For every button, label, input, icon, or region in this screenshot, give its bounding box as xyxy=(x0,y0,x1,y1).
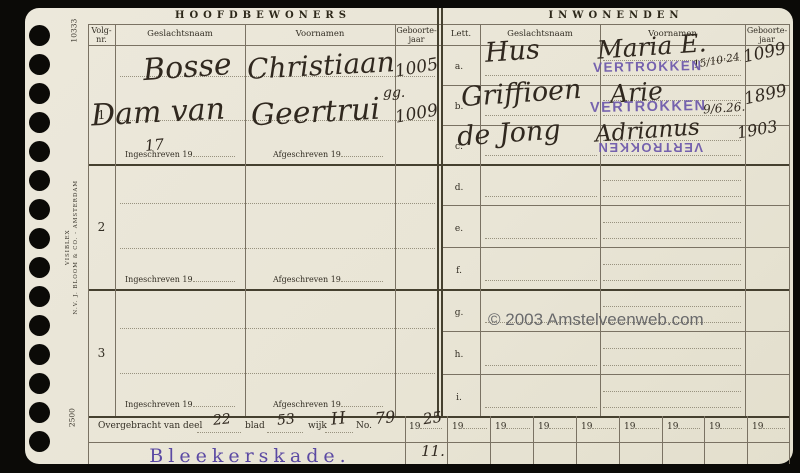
writing-line xyxy=(485,238,597,239)
rule xyxy=(88,24,790,25)
writing-line xyxy=(603,238,741,239)
punch-hole xyxy=(29,83,50,104)
vertrokken-stamp-a: VERTROKKEN xyxy=(593,59,703,74)
ingeschreven-label-1: Ingeschreven 19 xyxy=(125,149,235,159)
register-card: 10333 VISIBLEX N.V. J. BLOOM & CO. - AMS… xyxy=(25,8,793,464)
writing-line xyxy=(603,407,741,408)
rule xyxy=(442,247,790,248)
copyright-watermark: © 2003 Amstelveenweb.com xyxy=(488,310,704,330)
dotted-leader xyxy=(193,274,235,282)
punch-hole xyxy=(29,199,50,220)
handwritten-year-25: 25 xyxy=(422,410,443,428)
punch-hole xyxy=(29,402,50,423)
year-cell-label: 19 xyxy=(495,421,530,432)
writing-line xyxy=(120,373,435,374)
rule xyxy=(745,24,746,416)
handwritten-house-number: 11. xyxy=(421,444,445,459)
rule xyxy=(533,416,534,464)
writing-line xyxy=(603,222,741,223)
year-cell-label: 19 xyxy=(709,421,742,432)
handwritten-surname-1: Bosse xyxy=(142,50,233,86)
afgeschreven-label-3: Afgeschreven 19 xyxy=(273,399,383,409)
rule xyxy=(600,24,601,416)
ingeschreven-label-2: Ingeschreven 19 xyxy=(125,274,235,284)
handwritten-ingeschreven-year: 17 xyxy=(144,137,164,154)
street-name-stamp: Bleekerskade. xyxy=(100,445,400,467)
section-title-inwonenden: INWONENDEN xyxy=(442,10,790,21)
writing-line xyxy=(603,180,741,181)
ingeschreven-label-3: Ingeschreven 19 xyxy=(125,399,235,409)
handwritten-date-b: 9/6.26. xyxy=(703,101,746,116)
colheader-gebjaar-line1: Geboorte- xyxy=(395,26,438,35)
colheader-geboortejaar-left: Geboorte- jaar xyxy=(395,26,438,44)
writing-line xyxy=(603,348,741,349)
rule xyxy=(442,374,790,375)
handwritten-firstname-1: Christiaan xyxy=(246,48,395,84)
printer-address: N.V. J. BLOOM & CO. - AMSTERDAM xyxy=(72,152,80,342)
writing-line xyxy=(120,248,435,249)
printer-name: VISIBLEX xyxy=(64,152,72,342)
year-19: 19 xyxy=(581,422,592,432)
lett-e: e. xyxy=(442,224,476,234)
card-serial-bottom: 2500 xyxy=(66,393,77,443)
afgeschreven-text: Afgeschreven 19 xyxy=(273,150,341,159)
handwritten-birthyear-b: 1899 xyxy=(743,83,789,109)
ingeschreven-text: Ingeschreven 19 xyxy=(125,275,193,284)
writing-line xyxy=(485,407,597,408)
dotted-leader xyxy=(193,149,235,157)
year-19: 19 xyxy=(624,422,635,432)
rule xyxy=(88,164,790,166)
writing-line xyxy=(120,328,435,329)
no-label: No. xyxy=(356,421,372,431)
handwritten-surname-2: Dam van xyxy=(90,95,225,132)
afgeschreven-text: Afgeschreven 19 xyxy=(273,275,341,284)
punch-hole xyxy=(29,228,50,249)
writing-line xyxy=(603,155,741,156)
punch-hole xyxy=(29,170,50,191)
dotted-leader xyxy=(549,421,573,429)
punch-hole xyxy=(29,431,50,452)
writing-line xyxy=(603,264,741,265)
dotted-leader xyxy=(193,399,235,407)
handwritten-surname-b: Griffioen xyxy=(460,76,582,111)
year-cell-label: 19 xyxy=(581,421,616,432)
handwritten-huisnr: 79 xyxy=(374,409,396,427)
lett-h: h. xyxy=(442,350,476,360)
vertrokken-stamp-b: VERTROKKEN xyxy=(590,99,707,116)
overgebracht-label: Overgebracht van deel xyxy=(98,421,202,431)
rule xyxy=(704,416,705,464)
rule xyxy=(447,416,448,464)
rule xyxy=(490,416,491,464)
dotted-leader xyxy=(678,421,700,429)
rule xyxy=(88,289,790,291)
colheader-geslachtsnaam-left: Geslachtsnaam xyxy=(115,30,245,40)
year-19: 19 xyxy=(538,422,549,432)
writing-line xyxy=(485,196,597,197)
punch-hole xyxy=(29,112,50,133)
lett-a: a. xyxy=(442,62,476,72)
handwritten-note: gg. xyxy=(383,86,405,100)
row-number-3: 3 xyxy=(88,346,115,360)
punch-hole xyxy=(29,141,50,162)
lett-g: g. xyxy=(442,308,476,318)
wijk-label: wijk xyxy=(308,421,327,431)
rule xyxy=(395,24,396,416)
lett-f: f. xyxy=(442,266,476,276)
dotted-leader xyxy=(463,421,487,429)
dotted-leader xyxy=(197,432,241,433)
punch-hole xyxy=(29,25,50,46)
punch-hole xyxy=(29,344,50,365)
year-19: 19 xyxy=(495,422,506,432)
colheader-volgnr-line1: Volg- xyxy=(88,26,115,35)
punch-hole xyxy=(29,315,50,336)
year-cell-label: 19 xyxy=(624,421,659,432)
printer-imprint: VISIBLEX N.V. J. BLOOM & CO. - AMSTERDAM xyxy=(64,152,81,342)
rule xyxy=(442,205,790,206)
dotted-leader xyxy=(341,399,383,407)
writing-line xyxy=(603,306,741,307)
dotted-leader xyxy=(267,432,303,433)
year-19: 19 xyxy=(709,422,720,432)
lett-i: i. xyxy=(442,393,476,403)
rule xyxy=(619,416,620,464)
colheader-voornamen-left: Voornamen xyxy=(245,30,395,40)
handwritten-surname-a: Hus xyxy=(484,36,541,67)
rule xyxy=(576,416,577,464)
writing-line xyxy=(603,75,741,76)
colheader-lett: Lett. xyxy=(442,30,480,40)
year-19: 19 xyxy=(452,422,463,432)
dotted-leader xyxy=(720,421,742,429)
row-number-2: 2 xyxy=(88,220,115,234)
year-19: 19 xyxy=(667,422,678,432)
card-serial-top: 10333 xyxy=(68,9,79,53)
handwritten-firstname-2: Geertrui xyxy=(250,95,381,132)
section-title-hoofdbewoners: HOOFDBEWONERS xyxy=(88,10,438,21)
writing-line xyxy=(485,280,597,281)
rule xyxy=(245,24,246,416)
writing-line xyxy=(603,196,741,197)
year-cell-label: 19 xyxy=(667,421,700,432)
afgeschreven-label-1: Afgeschreven 19 xyxy=(273,149,383,159)
lett-d: d. xyxy=(442,183,476,193)
handwritten-birthyear-2: 1009 xyxy=(394,102,440,126)
colheader-volgnr-line2: nr. xyxy=(88,35,115,44)
dotted-leader xyxy=(506,421,530,429)
writing-line xyxy=(603,391,741,392)
handwritten-blad: 53 xyxy=(276,412,295,428)
colheader-gebjaar-line1: Geboorte- xyxy=(745,26,789,35)
punch-hole xyxy=(29,54,50,75)
punch-hole xyxy=(29,373,50,394)
rule xyxy=(662,416,663,464)
rule xyxy=(789,24,790,464)
dotted-leader xyxy=(341,149,383,157)
handwritten-birthyear-c: 1903 xyxy=(736,119,779,142)
rule xyxy=(442,331,790,332)
vertrokken-stamp-c-inverted: VERTROKKEN xyxy=(597,141,703,154)
writing-line xyxy=(603,280,741,281)
afgeschreven-label-2: Afgeschreven 19 xyxy=(273,274,383,284)
rule xyxy=(115,24,116,416)
rule xyxy=(88,24,89,464)
scanned-register-card: 10333 VISIBLEX N.V. J. BLOOM & CO. - AMS… xyxy=(0,0,800,473)
dotted-leader xyxy=(325,432,353,433)
afgeschreven-text: Afgeschreven 19 xyxy=(273,400,341,409)
writing-line xyxy=(485,365,597,366)
punch-hole xyxy=(29,257,50,278)
dotted-leader xyxy=(341,274,383,282)
year-cell-label: 19 xyxy=(538,421,573,432)
ingeschreven-text: Ingeschreven 19 xyxy=(125,400,193,409)
dotted-leader xyxy=(763,421,785,429)
year-19: 19 xyxy=(752,422,763,432)
handwritten-wijk: H xyxy=(330,410,347,428)
handwritten-surname-c: de Jong xyxy=(456,116,561,150)
punch-hole xyxy=(29,286,50,307)
colheader-gebjaar-line2: jaar xyxy=(395,35,438,44)
year-cell-label: 19 xyxy=(752,421,785,432)
writing-line xyxy=(120,203,435,204)
dotted-leader xyxy=(635,421,659,429)
rule xyxy=(747,416,748,464)
dotted-leader xyxy=(592,421,616,429)
rule xyxy=(405,416,406,464)
handwritten-deel: 22 xyxy=(212,412,231,428)
year-19: 19 xyxy=(409,422,420,432)
writing-line xyxy=(485,155,597,156)
writing-line xyxy=(603,365,741,366)
blad-label: blad xyxy=(245,421,265,431)
year-cell-label: 19 xyxy=(452,421,487,432)
colheader-volgnr: Volg- nr. xyxy=(88,26,115,44)
